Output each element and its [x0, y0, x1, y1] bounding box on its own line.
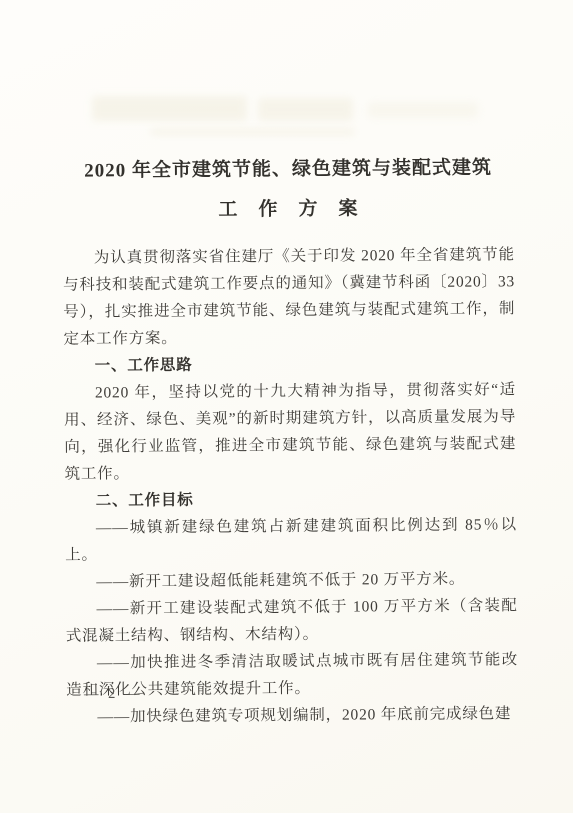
bleed-through-artifact	[368, 102, 478, 118]
goal-item-5: ——加快绿色建筑专项规划编制，2020 年底前完成绿色建	[66, 700, 518, 731]
document-body: 2020 年全市建筑节能、绿色建筑与装配式建筑 工 作 方 案 为认真贯彻落实省…	[62, 148, 519, 731]
scanned-document-page: 2020 年全市建筑节能、绿色建筑与装配式建筑 工 作 方 案 为认真贯彻落实省…	[0, 0, 573, 813]
bleed-through-artifact	[258, 98, 353, 121]
section-1-paragraph: 2020 年，坚持以党的十九大精神为指导，贯彻落实好“适用、经济、绿色、美观”的…	[64, 376, 517, 488]
section-1-heading: 一、工作思路	[64, 349, 516, 380]
goal-item-3: ——新开工建设装配式建筑不低于 100 万平方米（含装配式混凝土结构、钢结构、木…	[65, 592, 517, 650]
page-number: — 2 —	[84, 686, 143, 703]
document-title-line-2: 工 作 方 案	[62, 188, 514, 232]
document-title-line-1: 2020 年全市建筑节能、绿色建筑与装配式建筑	[62, 148, 514, 192]
document-title: 2020 年全市建筑节能、绿色建筑与装配式建筑 工 作 方 案	[62, 148, 515, 232]
bleed-through-artifact	[92, 96, 247, 121]
section-2-heading: 二、工作目标	[65, 484, 517, 515]
goal-item-1: ——城镇新建绿色建筑占新建建筑面积比例达到 85％以上。	[65, 511, 517, 569]
intro-paragraph: 为认真贯彻落实省住建厅《关于印发 2020 年全省建筑节能与科技和装配式建筑工作…	[63, 241, 516, 353]
goal-item-2: ——新开工建设超低能耗建筑不低于 20 万平方米。	[65, 565, 517, 596]
bleed-through-artifact	[150, 129, 355, 135]
